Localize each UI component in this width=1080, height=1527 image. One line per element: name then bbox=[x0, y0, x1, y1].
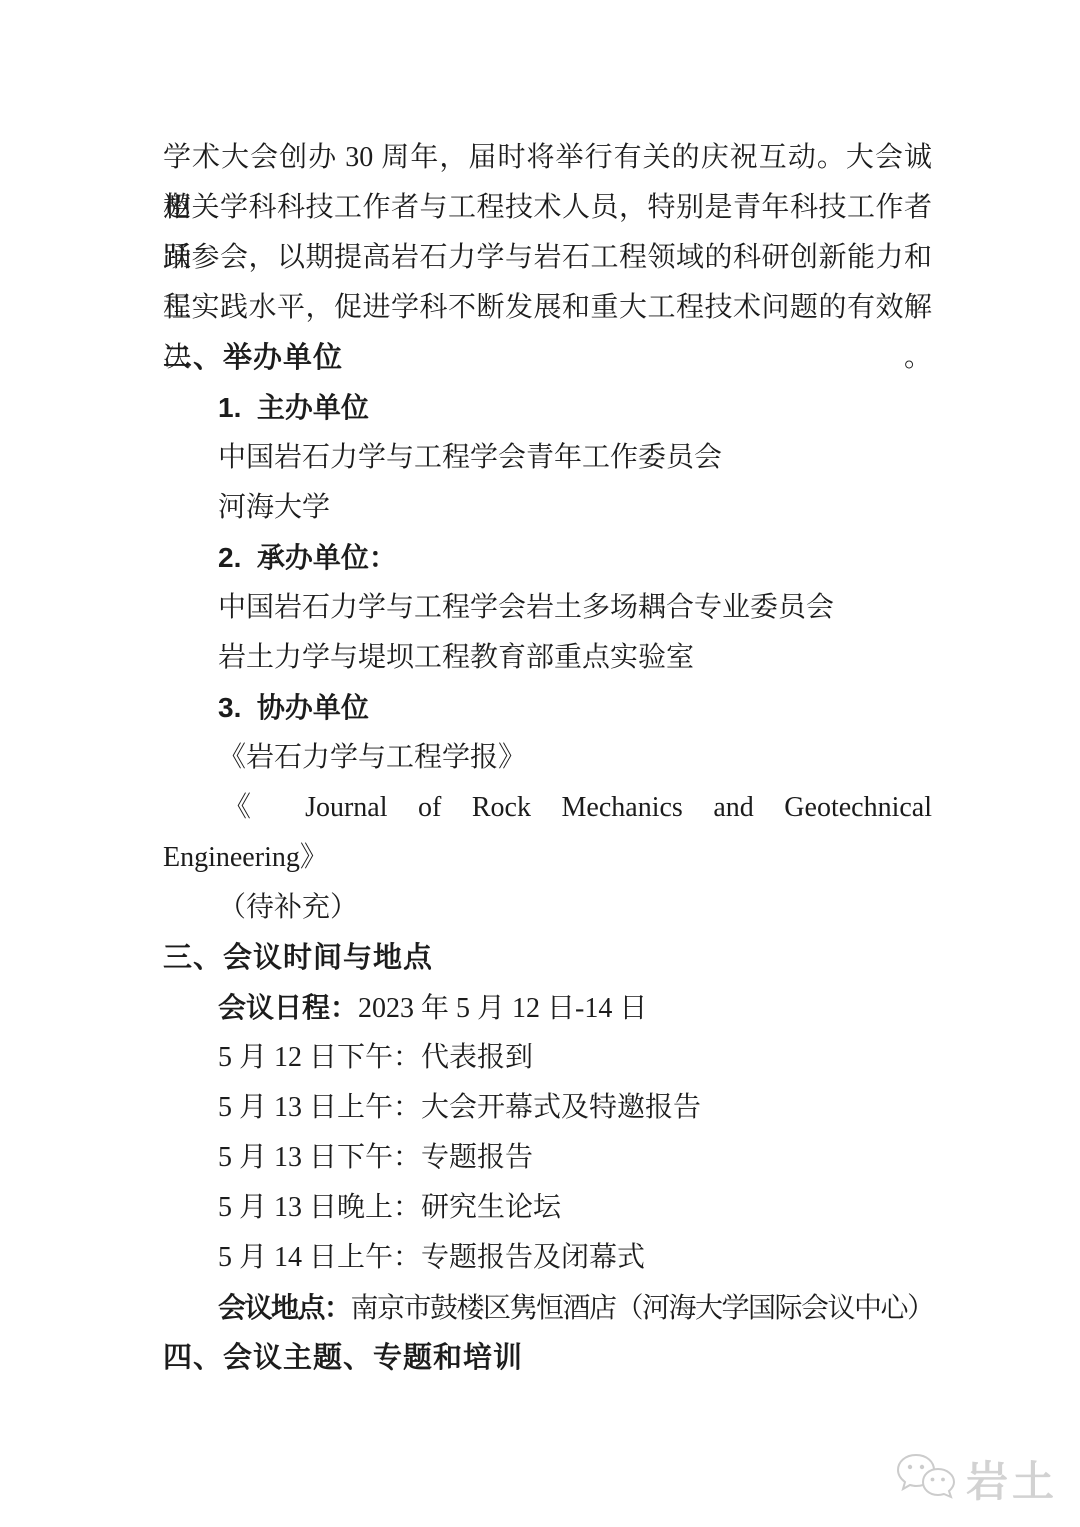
host-item: 河海大学 bbox=[218, 483, 932, 533]
intro-line: 相关学科科技工作者与工程技术人员，特别是青年科技工作者踊 bbox=[163, 183, 932, 233]
wechat-icon bbox=[894, 1451, 956, 1508]
schedule-item: 5 月 13 日上午：大会开幕式及特邀报告 bbox=[218, 1083, 932, 1133]
schedule-item: 5 月 12 日下午：代表报到 bbox=[218, 1033, 932, 1083]
section-heading-theme: 四、会议主题、专题和培训 bbox=[163, 1333, 932, 1383]
undertaker-title: 2. 承办单位： bbox=[218, 533, 932, 583]
host-item: 中国岩石力学与工程学会青年工作委员会 bbox=[218, 433, 932, 483]
intro-line: 跃参会，以期提高岩石力学与岩石工程领域的科研创新能力和工 bbox=[163, 233, 932, 283]
undertaker-item: 中国岩石力学与工程学会岩土多场耦合专业委员会 bbox=[218, 583, 932, 633]
intro-line: 程实践水平，促进学科不断发展和重大工程技术问题的有效解决。 bbox=[163, 283, 932, 333]
document-content: 学术大会创办 30 周年，届时将举行有关的庆祝互动。大会诚邀 相关学科科技工作者… bbox=[163, 133, 932, 1383]
venue-line: 会议地点：南京市鼓楼区隽恒酒店（河海大学国际会议中心） bbox=[218, 1283, 932, 1333]
co-organizer-journal-en-line1: 《 Journal of Rock Mechanics and Geotechn… bbox=[163, 783, 932, 833]
schedule-label: 会议日程： bbox=[218, 992, 358, 1023]
schedule-item: 5 月 13 日下午：专题报告 bbox=[218, 1133, 932, 1183]
schedule-value: 2023 年 5 月 12 日-14 日 bbox=[358, 993, 647, 1024]
venue-label: 会议地点： bbox=[218, 1292, 351, 1323]
pending-note: （待补充） bbox=[218, 883, 932, 933]
schedule-line: 会议日程：2023 年 5 月 12 日-14 日 bbox=[218, 983, 932, 1033]
co-organizer-journal-cn: 《岩石力学与工程学报》 bbox=[218, 733, 932, 783]
watermark: 岩土 bbox=[894, 1449, 1058, 1509]
document-page: 学术大会创办 30 周年，届时将举行有关的庆祝互动。大会诚邀 相关学科科技工作者… bbox=[0, 0, 1080, 1527]
section-heading-time-place: 三、会议时间与地点 bbox=[163, 933, 932, 983]
undertaker-item: 岩土力学与堤坝工程教育部重点实验室 bbox=[218, 633, 932, 683]
co-organizer-journal-en-line2: Engineering》 bbox=[163, 833, 932, 883]
host-title: 1. 主办单位 bbox=[218, 383, 932, 433]
schedule-item: 5 月 14 日上午：专题报告及闭幕式 bbox=[218, 1233, 932, 1283]
intro-line: 学术大会创办 30 周年，届时将举行有关的庆祝互动。大会诚邀 bbox=[163, 133, 932, 183]
venue-value: 南京市鼓楼区隽恒酒店（河海大学国际会议中心） bbox=[351, 1293, 934, 1324]
watermark-label: 岩土 bbox=[966, 1449, 1058, 1509]
co-organizer-title: 3. 协办单位 bbox=[218, 683, 932, 733]
schedule-item: 5 月 13 日晚上：研究生论坛 bbox=[218, 1183, 932, 1233]
